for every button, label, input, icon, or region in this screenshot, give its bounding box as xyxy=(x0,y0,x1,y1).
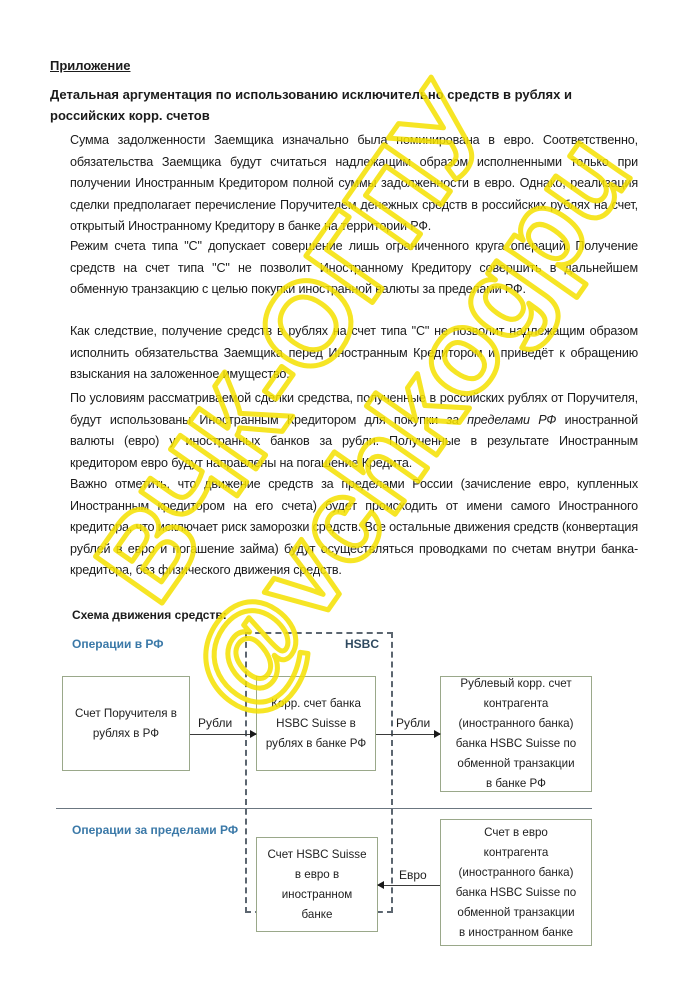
zone-label-rf: Операции в РФ xyxy=(72,637,164,651)
section-heading: Детальная аргументация по использованию … xyxy=(50,84,640,126)
paragraph-account-type-c: Режим счета типа "С" допускает совершени… xyxy=(70,236,638,301)
zone-divider xyxy=(56,808,592,809)
box-hsbc-corr-account: Корр. счет банка HSBC Suisse в рублях в … xyxy=(256,676,376,771)
document-page: Приложение Детальная аргументация по исп… xyxy=(0,0,680,995)
box-guarantor-account: Счет Поручителя в рублях в РФ xyxy=(62,676,190,771)
box-ruble-corr-counterparty: Рублевый корр. счет контрагента (иностра… xyxy=(440,676,592,792)
flow-label-rubles-2: Рубли xyxy=(396,716,430,730)
flow-label-rubles-1: Рубли xyxy=(198,716,232,730)
flow-label-euro: Евро xyxy=(399,868,427,882)
box-hsbc-euro-account: Счет HSBC Suisse в евро в иностранном ба… xyxy=(256,837,378,932)
paragraph-deal-terms-italic: за пределами РФ xyxy=(446,413,556,427)
hsbc-label: HSBC xyxy=(345,637,379,651)
box-euro-counterparty: Счет в евро контрагента (иностранного ба… xyxy=(440,819,592,946)
arrow-left-icon xyxy=(378,885,440,886)
paragraph-funds-movement: Важно отметить, что движение средств за … xyxy=(70,474,638,582)
paragraph-debt-currency: Сумма задолженности Заемщика изначально … xyxy=(70,130,638,238)
appendix-title: Приложение xyxy=(50,58,130,73)
scheme-title: Схема движения средств: xyxy=(72,608,227,622)
zone-label-abroad: Операции за пределами РФ xyxy=(72,823,238,837)
paragraph-deal-terms: По условиям рассматриваемой сделки средс… xyxy=(70,388,638,474)
paragraph-consequence: Как следствие, получение средств в рубля… xyxy=(70,321,638,386)
arrow-right-icon xyxy=(190,734,256,735)
arrow-right-icon xyxy=(376,734,440,735)
